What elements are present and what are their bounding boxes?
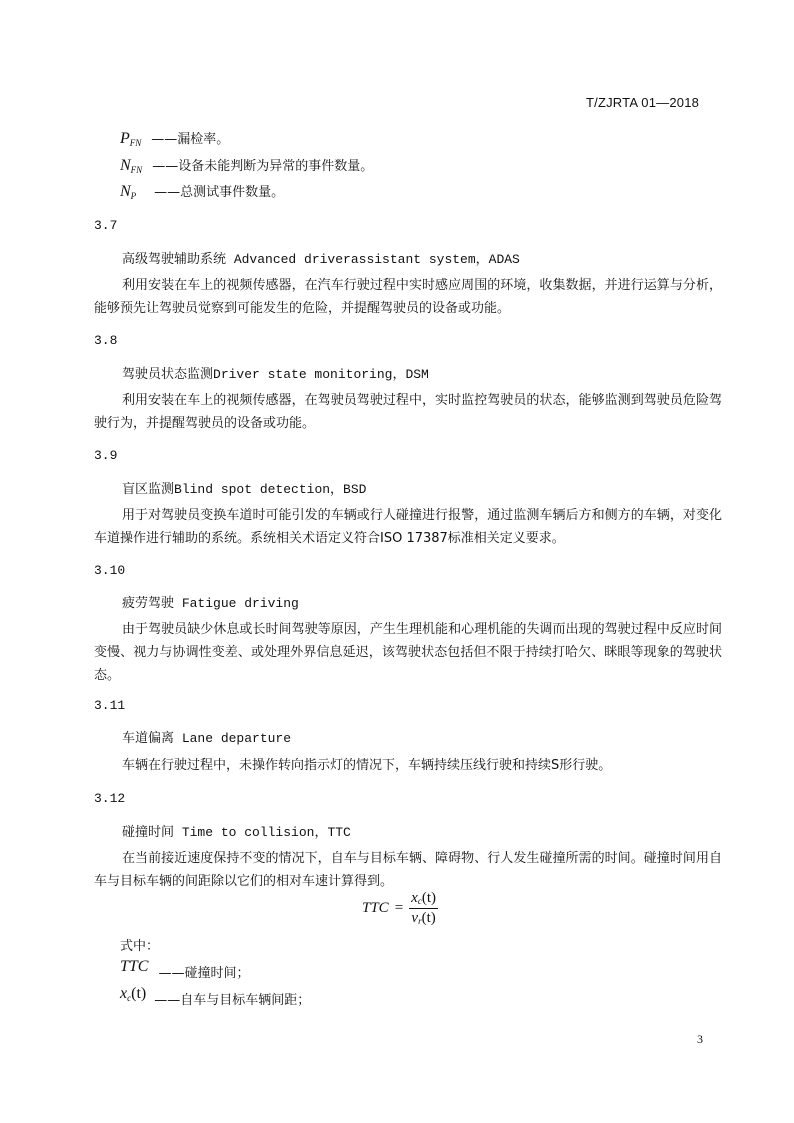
- formula-lhs: TTC: [362, 900, 389, 917]
- section-number: 3.9: [94, 448, 117, 463]
- term-chinese: 疲劳驾驶: [122, 596, 174, 611]
- term-heading: 碰撞时间 Time to collision，TTC: [122, 821, 351, 840]
- term-definition: 由于驾驶员缺少休息或长时间驾驶等原因，产生生理机能和心理机能的失调而出现的驾驶过…: [94, 618, 722, 687]
- term-heading: 高级驾驶辅助系统 Advanced driverassistant system…: [122, 248, 520, 267]
- term-english: Time to collision，TTC: [174, 825, 351, 840]
- term-english: Driver state monitoring，DSM: [213, 367, 429, 382]
- symbol-description: 漏检率。: [177, 132, 229, 147]
- term-heading: 疲劳驾驶 Fatigue driving: [122, 592, 299, 611]
- term-chinese: 车道偏离: [122, 731, 174, 746]
- em-dash: ——: [154, 993, 180, 1008]
- term-english: Blind spot detection，BSD: [174, 482, 366, 497]
- em-dash: ——: [151, 132, 177, 147]
- symbol-description: 碰撞时间；: [184, 966, 249, 981]
- symbol: NFN: [120, 157, 142, 174]
- symbol: TTC: [120, 958, 148, 975]
- section-number: 3.10: [94, 563, 125, 578]
- formula-numerator: xc(t): [409, 890, 438, 909]
- term-english: Lane departure: [174, 731, 291, 746]
- symbol-definition-pfn: PFN ——漏检率。: [120, 128, 229, 148]
- symbol-definition-nfn: NFN ——设备未能判断为异常的事件数量。: [120, 155, 373, 175]
- em-dash: ——: [152, 159, 178, 174]
- symbol-definition-xc: xc(t) ——自车与目标车辆间距；: [120, 983, 310, 1003]
- em-dash: ——: [158, 966, 184, 981]
- term-heading: 盲区监测Blind spot detection，BSD: [122, 478, 366, 497]
- formula-denominator: vr(t): [409, 909, 437, 927]
- term-definition: 利用安装在车上的视频传感器，在汽车行驶过程中实时感应周围的环境，收集数据，并进行…: [94, 274, 722, 320]
- formula-fraction: xc(t) vr(t): [409, 890, 438, 927]
- standard-code-header: T/ZJRTA 01—2018: [586, 95, 699, 110]
- symbol-description: 设备未能判断为异常的事件数量。: [178, 159, 373, 174]
- term-heading: 车道偏离 Lane departure: [122, 727, 291, 746]
- document-page: T/ZJRTA 01—2018 PFN ——漏检率。 NFN ——设备未能判断为…: [0, 0, 794, 1123]
- symbol: PFN: [120, 130, 141, 147]
- section-number: 3.11: [94, 698, 125, 713]
- symbol-description: 总测试事件数量。: [180, 185, 284, 200]
- symbol: xc(t): [120, 985, 146, 1002]
- symbol-description: 自车与目标车辆间距；: [180, 993, 310, 1008]
- symbol-definition-ttc: TTC ——碰撞时间；: [120, 956, 249, 976]
- term-definition: 用于对驾驶员变换车道时可能引发的车辆或行人碰撞进行报警，通过监测车辆后方和侧方的…: [94, 504, 722, 550]
- section-number: 3.7: [94, 218, 117, 233]
- term-chinese: 高级驾驶辅助系统: [122, 252, 226, 267]
- term-definition: 在当前接近速度保持不变的情况下，自车与目标车辆、障碍物、行人发生碰撞所需的时间。…: [94, 847, 722, 893]
- term-english: Advanced driverassistant system，ADAS: [226, 252, 520, 267]
- term-chinese: 驾驶员状态监测: [122, 367, 213, 382]
- formula-equals: =: [395, 900, 403, 917]
- page-number: 3: [697, 1032, 703, 1047]
- symbol: NP: [120, 183, 136, 200]
- term-chinese: 碰撞时间: [122, 825, 174, 840]
- term-definition: 利用安装在车上的视频传感器，在驾驶员驾驶过程中，实时监控驾驶员的状态，能够监测到…: [94, 389, 722, 435]
- term-heading: 驾驶员状态监测Driver state monitoring，DSM: [122, 363, 429, 382]
- symbol-definition-np: NP ——总测试事件数量。: [120, 181, 284, 201]
- ttc-formula: TTC = xc(t) vr(t): [362, 890, 438, 927]
- em-dash: ——: [154, 185, 180, 200]
- term-chinese: 盲区监测: [122, 482, 174, 497]
- term-definition: 车辆在行驶过程中，未操作转向指示灯的情况下，车辆持续压线行驶和持续S形行驶。: [94, 754, 722, 777]
- term-english: Fatigue driving: [174, 596, 299, 611]
- section-number: 3.8: [94, 333, 117, 348]
- where-label: 式中：: [120, 935, 159, 954]
- section-number: 3.12: [94, 791, 125, 806]
